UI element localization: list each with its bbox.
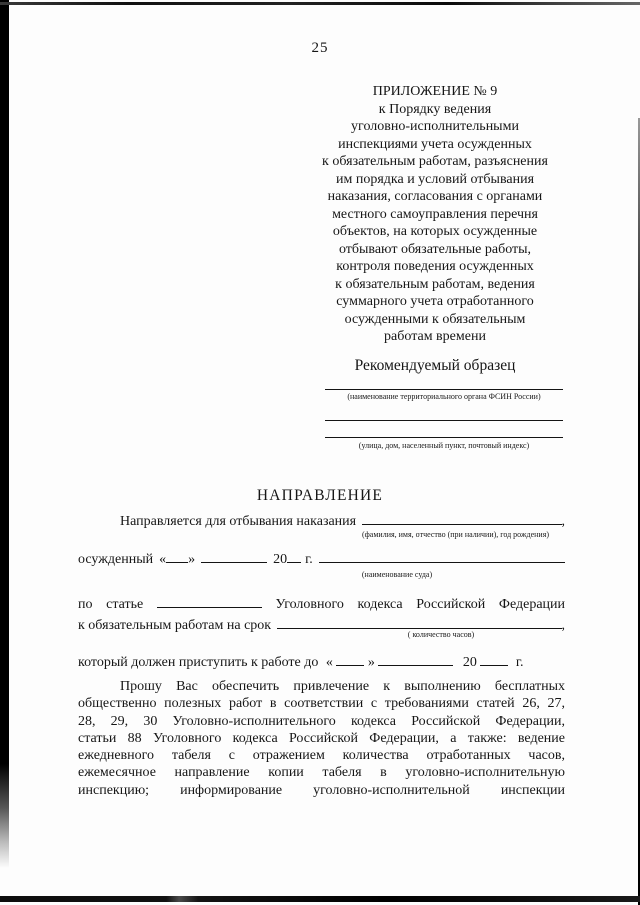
request-paragraph: Прошу Вас обеспечить привлечение к выпол… (78, 678, 565, 799)
start-year-blank-field (480, 652, 508, 666)
body-line: статьи 88 Уголовного кодекса Российской … (78, 730, 565, 747)
form-row-term: к обязательным работам на срок , (78, 615, 565, 634)
start-label: который должен приступить к работе до (78, 655, 318, 670)
body-line: Прошу Вас обеспечить привлечение к выпол… (78, 678, 565, 695)
sent-field-caption: (фамилия, имя, отчество (при наличии), г… (348, 530, 563, 539)
appendix-line: наказания, согласования с органами (305, 188, 565, 206)
scan-artifact-bottom-edge (0, 896, 640, 902)
appendix-line: им порядка и условий отбывания (305, 171, 565, 189)
letterhead-org-line (325, 389, 563, 390)
term-label: к обязательным работам на срок (78, 617, 271, 634)
appendix-line: к обязательным работам, ведения (305, 276, 565, 294)
day-blank-field (166, 549, 188, 563)
close-quote: » (188, 551, 195, 568)
body-line: общественно полезных работ в соответстви… (78, 695, 565, 712)
letterhead-org-caption: (наименование территориального органа ФС… (325, 392, 563, 401)
article-suffix: Уголовного кодекса Российской Федерации (276, 597, 566, 612)
term-comma: , (562, 617, 566, 634)
article-prefix: по статье (78, 597, 143, 612)
appendix-line: уголовно-исполнительными (305, 118, 565, 136)
appendix-line: к обязательным работам, разъяснения (305, 153, 565, 171)
hours-field-caption: ( количество часов) (395, 630, 487, 639)
form-row-convicted: осужденный « » 20 г. (78, 549, 565, 568)
convicted-label: осужденный (78, 551, 153, 568)
letterhead-address-caption: (улица, дом, населенный пункт, почтовый … (325, 441, 563, 450)
appendix-line: местного самоуправления перечня (305, 206, 565, 224)
close-quote: » (368, 655, 375, 670)
sent-blank-field (362, 511, 561, 525)
letterhead-blank-line (325, 420, 563, 421)
start-day-blank-field (336, 652, 364, 666)
page-number: 25 (0, 40, 640, 57)
body-line: ежедневного табеля с отражением количест… (78, 747, 565, 764)
year-prefix: 20 (273, 551, 287, 568)
scan-artifact-left-edge (0, 0, 9, 868)
form-row-article: по статье Уголовного кодекса Российской … (78, 594, 565, 613)
appendix-line: инспекциями учета осужденных (305, 136, 565, 154)
appendix-line: отбывают обязательные работы, (305, 241, 565, 259)
appendix-line: ПРИЛОЖЕНИЕ № 9 (305, 83, 565, 101)
start-year-prefix: 20 (463, 655, 477, 670)
article-blank-field (157, 594, 262, 608)
appendix-line: осужденными к обязательным (305, 311, 565, 329)
start-month-blank-field (378, 652, 453, 666)
appendix-line: суммарного учета отработанного (305, 293, 565, 311)
appendix-line: к Порядку ведения (305, 101, 565, 119)
recommended-sample-label: Рекомендуемый образец (305, 357, 565, 375)
sent-comma: , (562, 513, 566, 530)
form-row-sent: Направляется для отбывания наказания , (78, 511, 565, 530)
letterhead-address-line (325, 437, 563, 438)
body-line: ежемесячное направление копии табеля в у… (78, 764, 565, 781)
appendix-line: контроля поведения осужденных (305, 258, 565, 276)
court-blank-field (319, 549, 565, 563)
appendix-line: работам времени (305, 328, 565, 346)
appendix-heading: ПРИЛОЖЕНИЕ № 9 к Порядку ведения уголовн… (305, 83, 565, 346)
open-quote: « (159, 551, 166, 568)
scanned-document-page: 25 ПРИЛОЖЕНИЕ № 9 к Порядку ведения угол… (0, 0, 640, 905)
document-title: НАПРАВЛЕНИЕ (0, 487, 640, 505)
form-row-start-date: который должен приступить к работе до « … (78, 652, 565, 671)
start-year-suffix: г. (516, 655, 524, 670)
month-blank-field (201, 549, 267, 563)
year-blank-field (287, 549, 301, 563)
open-quote: « (326, 655, 333, 670)
term-blank-field (277, 615, 561, 629)
year-suffix: г. (305, 551, 313, 568)
body-line: 28, 29, 30 Уголовно-исполнительного коде… (78, 713, 565, 730)
body-line: инспекцию; информирование уголовно-испол… (78, 782, 565, 799)
court-field-caption: (наименование суда) (352, 570, 442, 579)
scan-artifact-top-edge (0, 2, 640, 5)
appendix-line: объектов, на которых осужденные (305, 223, 565, 241)
sent-label: Направляется для отбывания наказания (78, 513, 356, 530)
